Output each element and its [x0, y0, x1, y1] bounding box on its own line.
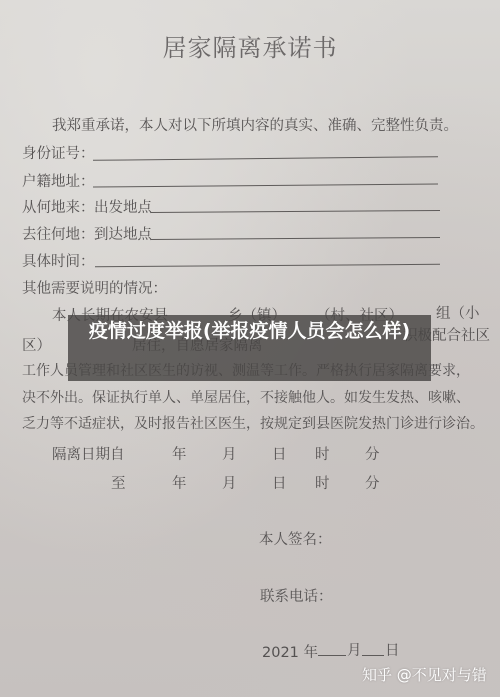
date-day-unit: 日 [385, 639, 400, 660]
isolation-to-label: 至 [111, 472, 126, 493]
field-prefill-origin: 出发地点 [94, 196, 152, 217]
body-text-line-4: 决不外出。保证执行单人、单屋居住，不接触他人。如发生发热、咳嗽、 [22, 387, 470, 407]
field-label-household-address: 户籍地址： [22, 170, 95, 191]
isolation-from-hour: 时 [315, 443, 330, 464]
isolation-to-year: 年 [172, 472, 187, 493]
other-notes-label: 其他需要说明的情况： [22, 277, 167, 298]
isolation-to-month: 月 [222, 472, 237, 493]
isolation-from-label: 隔离日期自 [52, 443, 125, 464]
zhihu-watermark: 知乎 @不见对与错 [362, 664, 487, 685]
field-label-id-number: 身份证号： [22, 142, 95, 163]
body-text-line-5: 乏力等不适症状，及时报告社区医生，按规定到县医院发热门诊进行诊治。 [22, 413, 484, 433]
isolation-to-minute: 分 [365, 472, 380, 493]
signature-label: 本人签名： [259, 528, 332, 549]
isolation-from-month: 月 [222, 443, 237, 464]
isolation-to-hour: 时 [315, 472, 330, 493]
field-label-origin: 从何地来： [22, 196, 95, 217]
date-month-unit: 月 [347, 639, 362, 660]
date-month-blank [318, 655, 346, 656]
body-text-group: 组（小 [436, 302, 480, 323]
pledge-statement: 我郑重承诺，本人对以下所填内容的真实、准确、完整性负责。 [52, 114, 458, 135]
isolation-to-day: 日 [272, 472, 287, 493]
isolation-from-year: 年 [172, 443, 187, 464]
document-title: 居家隔离承诺书 [0, 28, 500, 63]
isolation-from-day: 日 [272, 443, 287, 464]
field-label-destination: 去往何地： [22, 223, 95, 244]
phone-label: 联系电话： [260, 585, 333, 606]
field-label-specific-time: 具体时间： [22, 250, 95, 271]
field-prefill-destination: 到达地点 [94, 223, 152, 244]
date-day-blank [362, 655, 384, 656]
body-text-district: 区） [22, 334, 51, 355]
headline-overlay-title: 疫情过度举报(举报疫情人员会怎么样) [68, 318, 431, 345]
date-year: 2021 年 [262, 641, 318, 662]
isolation-from-minute: 分 [365, 443, 380, 464]
